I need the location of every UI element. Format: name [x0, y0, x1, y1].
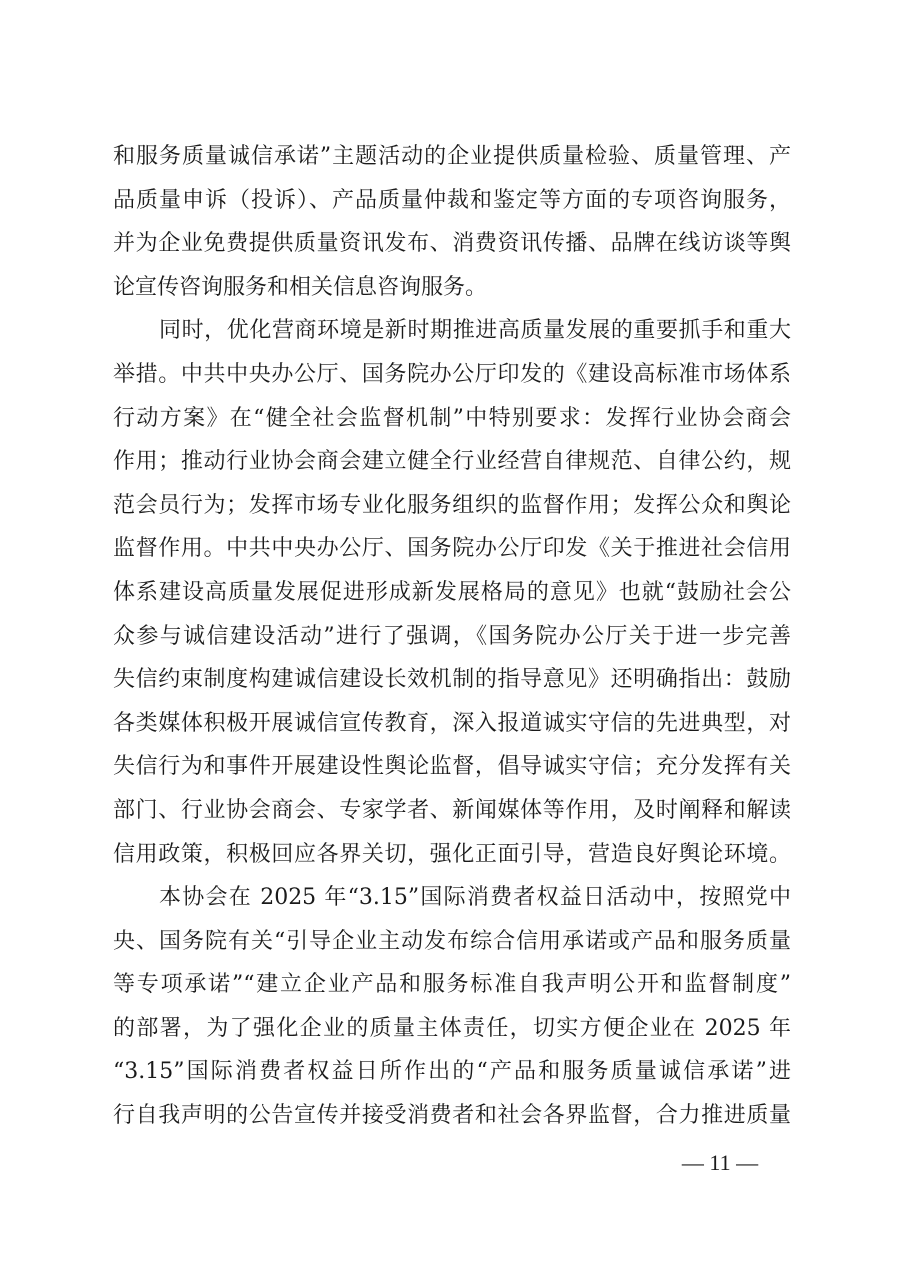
- text-line: 举措。中共中央办公厅、国务院办公厅印发的《建设高标准市场体系: [113, 353, 791, 397]
- text-line: 品质量申诉（投诉）、产品质量仲裁和鉴定等方面的专项咨询服务，: [113, 179, 791, 223]
- text-line: 各类媒体积极开展诚信宣传教育，深入报道诚实守信的先进典型，对: [113, 702, 791, 746]
- text-line: 失信约束制度构建诚信建设长效机制的指导意见》还明确指出：鼓励: [113, 658, 791, 702]
- text-line: 本协会在 2025 年“3.15”国际消费者权益日活动中，按照党中: [113, 876, 791, 920]
- page-number: — 11 —: [672, 1150, 768, 1176]
- text-line: 作用；推动行业协会商会建立健全行业经营自律规范、自律公约，规: [113, 440, 791, 484]
- text-line: 论宣传咨询服务和相关信息咨询服务。: [113, 266, 791, 310]
- paragraph-3: 本协会在 2025 年“3.15”国际消费者权益日活动中，按照党中 央、国务院有…: [113, 876, 791, 1138]
- text-line: 等专项承诺”“建立企业产品和服务标准自我声明公开和监督制度”: [113, 963, 791, 1007]
- text-line: 信用政策，积极回应各界关切，强化正面引导，营造良好舆论环境。: [113, 833, 791, 877]
- text-line: 的部署，为了强化企业的质量主体责任，切实方便企业在 2025 年: [113, 1007, 791, 1051]
- text-line: 并为企业免费提供质量资讯发布、消费资讯传播、品牌在线访谈等舆: [113, 222, 791, 266]
- text-line: 范会员行为；发挥市场专业化服务组织的监督作用；发挥公众和舆论: [113, 484, 791, 528]
- text-line: 行动方案》在“健全社会监督机制”中特别要求：发挥行业协会商会: [113, 397, 791, 441]
- text-line: 失信行为和事件开展建设性舆论监督，倡导诚实守信；充分发挥有关: [113, 745, 791, 789]
- text-line: 众参与诚信建设活动”进行了强调，《国务院办公厅关于进一步完善: [113, 615, 791, 659]
- paragraph-2: 同时，优化营商环境是新时期推进高质量发展的重要抓手和重大 举措。中共中央办公厅、…: [113, 309, 791, 876]
- document-page: 和服务质量诚信承诺”主题活动的企业提供质量检验、质量管理、产 品质量申诉（投诉）…: [0, 0, 900, 1273]
- text-line: 央、国务院有关“引导企业主动发布综合信用承诺或产品和服务质量: [113, 920, 791, 964]
- text-line: 监督作用。中共中央办公厅、国务院办公厅印发《关于推进社会信用: [113, 527, 791, 571]
- text-line: 同时，优化营商环境是新时期推进高质量发展的重要抓手和重大: [113, 309, 791, 353]
- text-line: 和服务质量诚信承诺”主题活动的企业提供质量检验、质量管理、产: [113, 135, 791, 179]
- paragraph-1: 和服务质量诚信承诺”主题活动的企业提供质量检验、质量管理、产 品质量申诉（投诉）…: [113, 135, 791, 309]
- text-line: “3.15”国际消费者权益日所作出的“产品和服务质量诚信承诺”进: [113, 1050, 791, 1094]
- text-line: 体系建设高质量发展促进形成新发展格局的意见》也就“鼓励社会公: [113, 571, 791, 615]
- text-line: 行自我声明的公告宣传并接受消费者和社会各界监督，合力推进质量: [113, 1094, 791, 1138]
- text-line: 部门、行业协会商会、专家学者、新闻媒体等作用，及时阐释和解读: [113, 789, 791, 833]
- body-text: 和服务质量诚信承诺”主题活动的企业提供质量检验、质量管理、产 品质量申诉（投诉）…: [113, 135, 791, 1138]
